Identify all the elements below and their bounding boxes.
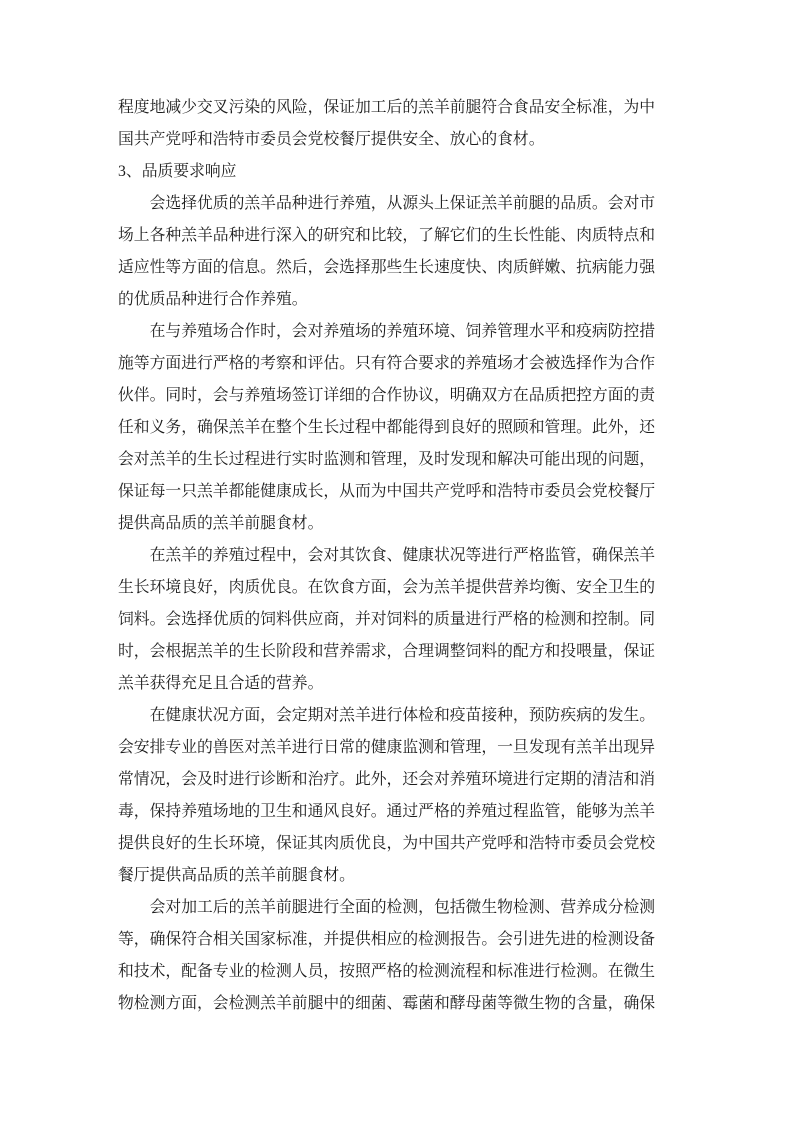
text-line: 等，确保符合相关国家标准，并提供相应的检测报告。会引进先进的检测设备 <box>118 924 674 956</box>
document-content: 程度地减少交叉污染的风险，保证加工后的羔羊前腿符合食品安全标准，为中国共产党呼和… <box>118 92 674 1020</box>
text-line: 会对羔羊的生长过程进行实时监测和管理，及时发现和解决可能出现的问题， <box>118 444 674 476</box>
paragraph-testing: 会对加工后的羔羊前腿进行全面的检测，包括微生物检测、营养成分检测等，确保符合相关… <box>118 892 674 1020</box>
paragraph-feeding-supervision: 在羔羊的养殖过程中，会对其饮食、健康状况等进行严格监管，确保羔羊生长环境良好，肉… <box>118 540 674 700</box>
text-line: 餐厅提供高品质的羔羊前腿食材。 <box>118 860 674 892</box>
text-line: 会选择优质的羔羊品种进行养殖，从源头上保证羔羊前腿的品质。会对市 <box>118 188 674 220</box>
text-line: 任和义务，确保羔羊在整个生长过程中都能得到良好的照顾和管理。此外，还 <box>118 412 674 444</box>
text-line: 提供高品质的羔羊前腿食材。 <box>118 508 674 540</box>
text-line: 提供良好的生长环境，保证其肉质优良，为中国共产党呼和浩特市委员会党校 <box>118 828 674 860</box>
text-line: 物检测方面，会检测羔羊前腿中的细菌、霉菌和酵母菌等微生物的含量，确保 <box>118 988 674 1020</box>
text-line: 场上各种羔羊品种进行深入的研究和比较，了解它们的生长性能、肉质特点和 <box>118 220 674 252</box>
paragraph-health-management: 在健康状况方面，会定期对羔羊进行体检和疫苗接种，预防疾病的发生。会安排专业的兽医… <box>118 700 674 892</box>
text-line: 的优质品种进行合作养殖。 <box>118 284 674 316</box>
text-line: 饲料。会选择优质的饲料供应商，并对饲料的质量进行严格的检测和控制。同 <box>118 604 674 636</box>
text-line: 生长环境良好，肉质优良。在饮食方面，会为羔羊提供营养均衡、安全卫生的 <box>118 572 674 604</box>
text-line: 和技术，配备专业的检测人员，按照严格的检测流程和标准进行检测。在微生 <box>118 956 674 988</box>
text-line: 国共产党呼和浩特市委员会党校餐厅提供安全、放心的食材。 <box>118 124 674 156</box>
paragraph-farm-cooperation: 在与养殖场合作时，会对养殖场的养殖环境、饲养管理水平和疫病防控措施等方面进行严格… <box>118 316 674 540</box>
text-line: 时，会根据羔羊的生长阶段和营养需求，合理调整饲料的配方和投喂量，保证 <box>118 636 674 668</box>
heading-line: 3、品质要求响应 <box>118 156 674 188</box>
text-line: 伙伴。同时，会与养殖场签订详细的合作协议，明确双方在品质把控方面的责 <box>118 380 674 412</box>
paragraph-continuation: 程度地减少交叉污染的风险，保证加工后的羔羊前腿符合食品安全标准，为中国共产党呼和… <box>118 92 674 156</box>
text-line: 施等方面进行严格的考察和评估。只有符合要求的养殖场才会被选择作为合作 <box>118 348 674 380</box>
text-line: 在与养殖场合作时，会对养殖场的养殖环境、饲养管理水平和疫病防控措 <box>118 316 674 348</box>
text-line: 常情况，会及时进行诊断和治疗。此外，还会对养殖环境进行定期的清洁和消 <box>118 764 674 796</box>
text-line: 毒，保持养殖场地的卫生和通风良好。通过严格的养殖过程监管，能够为羔羊 <box>118 796 674 828</box>
text-line: 程度地减少交叉污染的风险，保证加工后的羔羊前腿符合食品安全标准，为中 <box>118 92 674 124</box>
section-heading: 3、品质要求响应 <box>118 156 674 188</box>
text-line: 适应性等方面的信息。然后，会选择那些生长速度快、肉质鲜嫩、抗病能力强 <box>118 252 674 284</box>
text-line: 会安排专业的兽医对羔羊进行日常的健康监测和管理，一旦发现有羔羊出现异 <box>118 732 674 764</box>
text-line: 保证每一只羔羊都能健康成长，从而为中国共产党呼和浩特市委员会党校餐厅 <box>118 476 674 508</box>
document-page: 程度地减少交叉污染的风险，保证加工后的羔羊前腿符合食品安全标准，为中国共产党呼和… <box>0 0 793 1122</box>
text-line: 羔羊获得充足且合适的营养。 <box>118 668 674 700</box>
paragraph-breeding-selection: 会选择优质的羔羊品种进行养殖，从源头上保证羔羊前腿的品质。会对市场上各种羔羊品种… <box>118 188 674 316</box>
text-line: 会对加工后的羔羊前腿进行全面的检测，包括微生物检测、营养成分检测 <box>118 892 674 924</box>
text-line: 在羔羊的养殖过程中，会对其饮食、健康状况等进行严格监管，确保羔羊 <box>118 540 674 572</box>
text-line: 在健康状况方面，会定期对羔羊进行体检和疫苗接种，预防疾病的发生。 <box>118 700 674 732</box>
